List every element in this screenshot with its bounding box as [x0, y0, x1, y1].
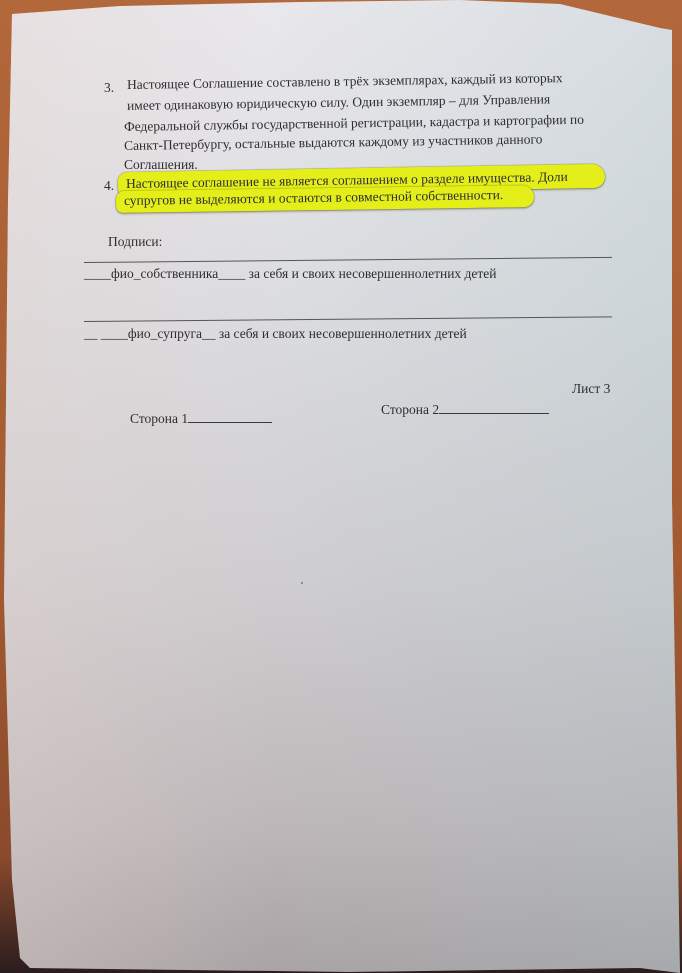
- party-1-blank: [188, 410, 272, 423]
- spouse-signature-line: __ ____фио_супруга__ за себя и своих нес…: [84, 326, 467, 342]
- party-2-signature: Сторона 2: [381, 401, 549, 418]
- sheet-number: Лист 3: [572, 381, 610, 397]
- party-2-blank: [439, 401, 549, 414]
- party-1-label: Сторона 1: [130, 411, 188, 426]
- item-4-number: 4.: [104, 178, 114, 194]
- owner-signature-line: ____фио_собственника____ за себя и своих…: [84, 266, 497, 282]
- party-1-signature: Сторона 1: [130, 410, 272, 427]
- document-page: 3. Настоящее Соглашение составлено в трё…: [0, 0, 682, 973]
- item-3-line-4: Санкт-Петербургу, остальные выдаются каж…: [124, 131, 543, 154]
- paper-speck: [301, 582, 303, 584]
- signature-rule: [84, 316, 612, 322]
- item-3-line-2: имеет одинаковую юридическую силу. Один …: [127, 91, 550, 114]
- item-3-number: 3.: [104, 80, 114, 96]
- signature-rule: [84, 257, 612, 263]
- signatures-heading: Подписи:: [108, 234, 162, 250]
- party-2-label: Сторона 2: [381, 402, 439, 417]
- item-3-line-1: Настоящее Соглашение составлено в трёх э…: [127, 70, 563, 93]
